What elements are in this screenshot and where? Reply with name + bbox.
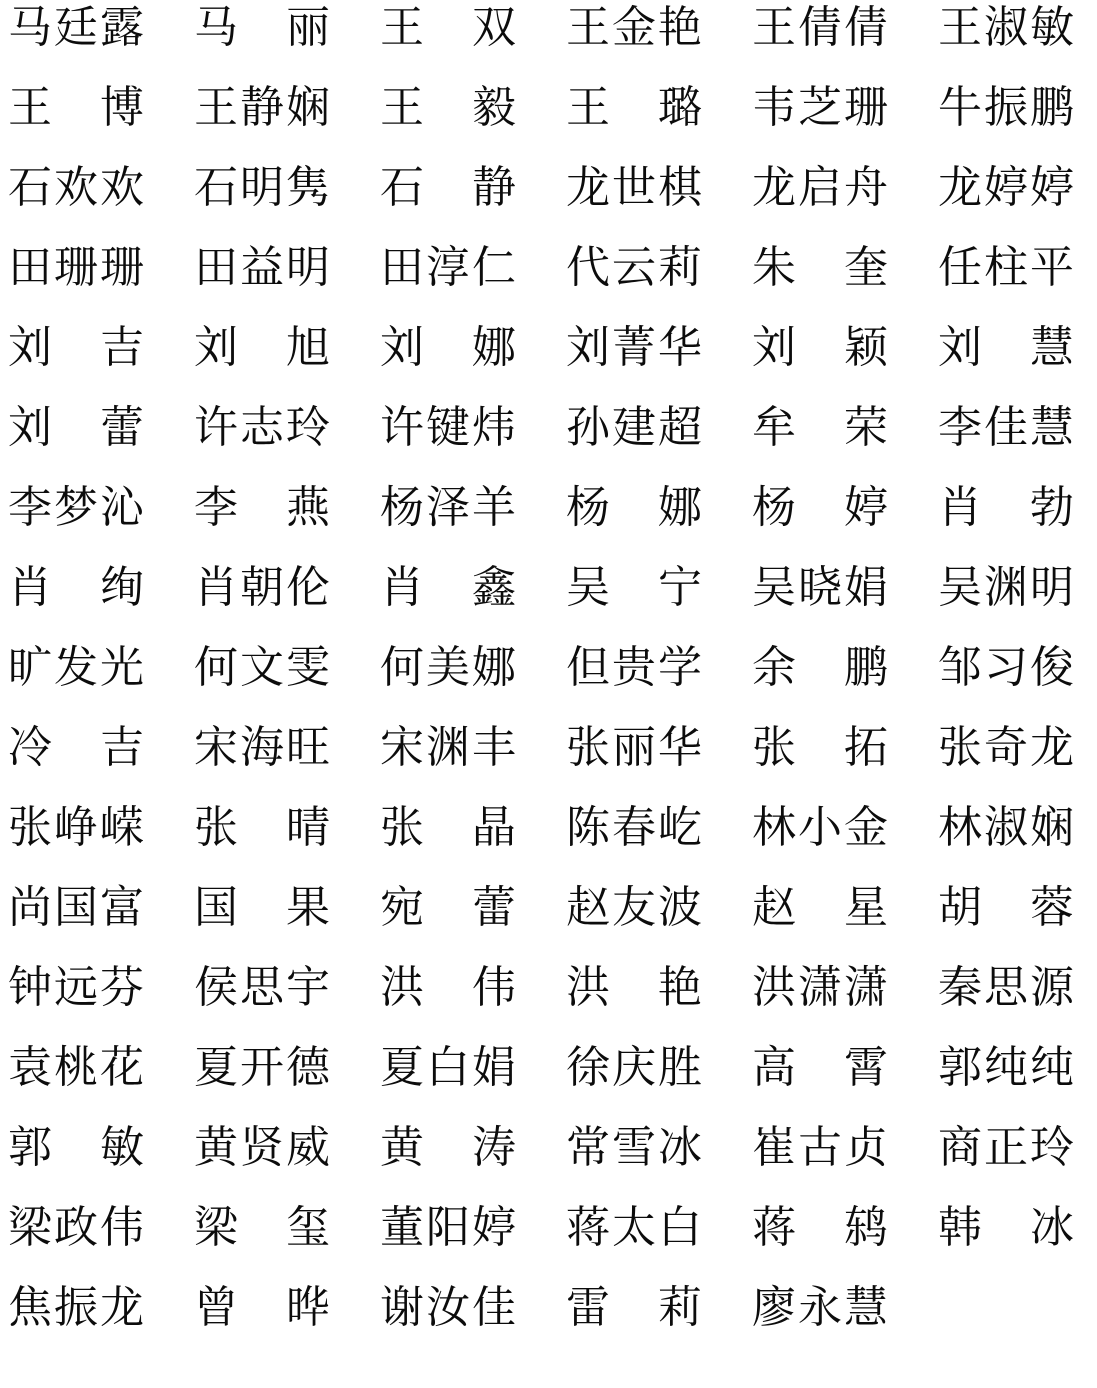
name-cell: 龙婷婷 bbox=[938, 160, 1074, 240]
name-cell: 宛蕾 bbox=[380, 880, 516, 960]
name-cell: 杨婷 bbox=[752, 480, 888, 560]
name-cell: 商正玲 bbox=[938, 1120, 1074, 1200]
name-cell: 张晶 bbox=[380, 800, 516, 880]
name-cell: 许键炜 bbox=[380, 400, 516, 480]
name-cell: 田珊珊 bbox=[8, 240, 144, 320]
name-cell: 张晴 bbox=[194, 800, 330, 880]
name-cell: 黄涛 bbox=[380, 1120, 516, 1200]
name-cell: 许志玲 bbox=[194, 400, 330, 480]
name-cell: 王金艳 bbox=[566, 0, 702, 80]
name-cell: 肖勃 bbox=[938, 480, 1074, 560]
name-cell: 杨泽羊 bbox=[380, 480, 516, 560]
name-cell: 蒋鸫 bbox=[752, 1200, 888, 1280]
name-cell: 梁政伟 bbox=[8, 1200, 144, 1280]
name-cell: 秦思源 bbox=[938, 960, 1074, 1040]
name-cell: 韩冰 bbox=[938, 1200, 1074, 1280]
name-cell: 任柱平 bbox=[938, 240, 1074, 320]
name-cell: 孙建超 bbox=[566, 400, 702, 480]
document-page: 马廷露马丽王双王金艳王倩倩王淑敏王博王静娴王毅王璐韦芝珊牛振鹏石欢欢石明隽石静龙… bbox=[0, 0, 1097, 1388]
name-cell: 夏开德 bbox=[194, 1040, 330, 1120]
name-cell: 焦振龙 bbox=[8, 1280, 144, 1360]
name-cell: 张丽华 bbox=[566, 720, 702, 800]
name-cell: 冷吉 bbox=[8, 720, 144, 800]
name-cell: 常雪冰 bbox=[566, 1120, 702, 1200]
name-cell: 林淑娴 bbox=[938, 800, 1074, 880]
name-cell: 旷发光 bbox=[8, 640, 144, 720]
name-cell: 马丽 bbox=[194, 0, 330, 80]
name-cell: 肖鑫 bbox=[380, 560, 516, 640]
name-cell: 何美娜 bbox=[380, 640, 516, 720]
name-cell: 吴渊明 bbox=[938, 560, 1074, 640]
name-cell: 张奇龙 bbox=[938, 720, 1074, 800]
name-cell: 陈春屹 bbox=[566, 800, 702, 880]
name-cell: 宋海旺 bbox=[194, 720, 330, 800]
name-cell: 崔古贞 bbox=[752, 1120, 888, 1200]
name-cell: 但贵学 bbox=[566, 640, 702, 720]
name-cell: 洪伟 bbox=[380, 960, 516, 1040]
name-cell: 李燕 bbox=[194, 480, 330, 560]
name-cell: 赵星 bbox=[752, 880, 888, 960]
name-cell: 高霄 bbox=[752, 1040, 888, 1120]
page-background: { "page": { "background_color": "#ffffff… bbox=[0, 0, 1097, 1388]
name-cell: 石欢欢 bbox=[8, 160, 144, 240]
name-cell: 侯思宇 bbox=[194, 960, 330, 1040]
name-cell: 邹习俊 bbox=[938, 640, 1074, 720]
name-cell: 龙世棋 bbox=[566, 160, 702, 240]
name-cell: 石静 bbox=[380, 160, 516, 240]
name-cell: 刘菁华 bbox=[566, 320, 702, 400]
name-list: 马廷露马丽王双王金艳王倩倩王淑敏王博王静娴王毅王璐韦芝珊牛振鹏石欢欢石明隽石静龙… bbox=[8, 0, 1097, 1360]
name-cell: 国果 bbox=[194, 880, 330, 960]
name-cell: 田淳仁 bbox=[380, 240, 516, 320]
name-cell: 杨娜 bbox=[566, 480, 702, 560]
name-cell: 牛振鹏 bbox=[938, 80, 1074, 160]
name-cell: 刘颖 bbox=[752, 320, 888, 400]
name-cell: 马廷露 bbox=[8, 0, 144, 80]
name-cell: 蒋太白 bbox=[566, 1200, 702, 1280]
name-cell: 刘吉 bbox=[8, 320, 144, 400]
name-cell: 王璐 bbox=[566, 80, 702, 160]
name-cell: 刘娜 bbox=[380, 320, 516, 400]
name-cell: 王静娴 bbox=[194, 80, 330, 160]
name-cell: 余鹏 bbox=[752, 640, 888, 720]
name-cell: 梁玺 bbox=[194, 1200, 330, 1280]
name-cell: 龙启舟 bbox=[752, 160, 888, 240]
name-cell: 肖朝伦 bbox=[194, 560, 330, 640]
name-cell: 郭纯纯 bbox=[938, 1040, 1074, 1120]
name-cell: 雷莉 bbox=[566, 1280, 702, 1360]
name-cell: 袁桃花 bbox=[8, 1040, 144, 1120]
name-cell: 肖绚 bbox=[8, 560, 144, 640]
name-cell: 李梦沁 bbox=[8, 480, 144, 560]
name-cell: 韦芝珊 bbox=[752, 80, 888, 160]
name-cell: 代云莉 bbox=[566, 240, 702, 320]
name-cell: 谢汝佳 bbox=[380, 1280, 516, 1360]
name-cell: 吴晓娟 bbox=[752, 560, 888, 640]
name-cell: 吴宁 bbox=[566, 560, 702, 640]
name-cell: 曾晔 bbox=[194, 1280, 330, 1360]
name-cell: 洪潇潇 bbox=[752, 960, 888, 1040]
name-cell: 石明隽 bbox=[194, 160, 330, 240]
name-cell: 胡蓉 bbox=[938, 880, 1074, 960]
name-cell: 朱奎 bbox=[752, 240, 888, 320]
name-cell: 刘蕾 bbox=[8, 400, 144, 480]
name-cell: 王博 bbox=[8, 80, 144, 160]
name-cell: 张峥嵘 bbox=[8, 800, 144, 880]
name-cell: 王双 bbox=[380, 0, 516, 80]
name-cell: 徐庆胜 bbox=[566, 1040, 702, 1120]
name-cell: 林小金 bbox=[752, 800, 888, 880]
name-cell: 郭敏 bbox=[8, 1120, 144, 1200]
name-cell: 尚国富 bbox=[8, 880, 144, 960]
name-cell: 宋渊丰 bbox=[380, 720, 516, 800]
name-cell: 廖永慧 bbox=[752, 1280, 888, 1360]
name-cell: 赵友波 bbox=[566, 880, 702, 960]
name-cell: 李佳慧 bbox=[938, 400, 1074, 480]
name-cell: 夏白娟 bbox=[380, 1040, 516, 1120]
name-cell: 钟远芬 bbox=[8, 960, 144, 1040]
name-cell: 张拓 bbox=[752, 720, 888, 800]
name-cell: 王毅 bbox=[380, 80, 516, 160]
name-cell: 刘慧 bbox=[938, 320, 1074, 400]
name-cell: 黄贤威 bbox=[194, 1120, 330, 1200]
name-cell: 王倩倩 bbox=[752, 0, 888, 80]
name-cell: 何文雯 bbox=[194, 640, 330, 720]
name-cell: 刘旭 bbox=[194, 320, 330, 400]
name-cell: 董阳婷 bbox=[380, 1200, 516, 1280]
name-cell: 王淑敏 bbox=[938, 0, 1074, 80]
name-cell: 洪艳 bbox=[566, 960, 702, 1040]
name-cell: 牟荣 bbox=[752, 400, 888, 480]
name-cell: 田益明 bbox=[194, 240, 330, 320]
